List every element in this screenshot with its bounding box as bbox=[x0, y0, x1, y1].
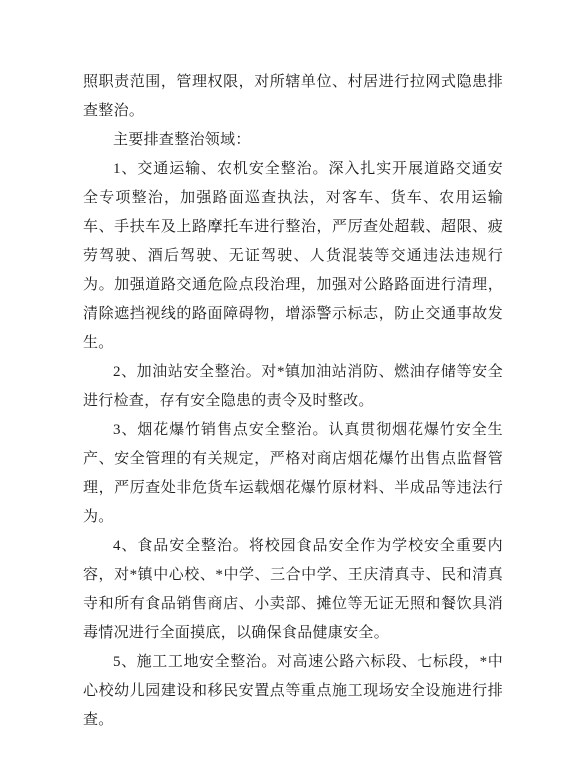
document-text-block: 照职责范围，管理权限，对所辖单位、村居进行拉网式隐患排查整治。 主要排查整治领域… bbox=[83, 68, 503, 735]
document-page: 照职责范围，管理权限，对所辖单位、村居进行拉网式隐患排查整治。 主要排查整治领域… bbox=[0, 0, 586, 759]
paragraph-continuation: 照职责范围，管理权限，对所辖单位、村居进行拉网式隐患排查整治。 bbox=[83, 68, 503, 126]
paragraph-item-2-gas-station: 2、加油站安全整治。对*镇加油站消防、燃油存储等安全进行检查，存有安全隐患的责令… bbox=[83, 358, 503, 416]
paragraph-item-3-fireworks: 3、烟花爆竹销售点安全整治。认真贯彻烟花爆竹安全生产、安全管理的有关规定，严格对… bbox=[83, 416, 503, 532]
paragraph-item-5-construction: 5、施工工地安全整治。对高速公路六标段、七标段，*中心校幼儿园建设和移民安置点等… bbox=[83, 648, 503, 735]
paragraph-section-heading: 主要排查整治领域： bbox=[83, 126, 503, 155]
paragraph-item-4-food-safety: 4、食品安全整治。将校园食品安全作为学校安全重要内容，对*镇中心校、*中学、三合… bbox=[83, 532, 503, 648]
paragraph-item-1-traffic: 1、交通运输、农机安全整治。深入扎实开展道路交通安全专项整治，加强路面巡查执法，… bbox=[83, 155, 503, 358]
